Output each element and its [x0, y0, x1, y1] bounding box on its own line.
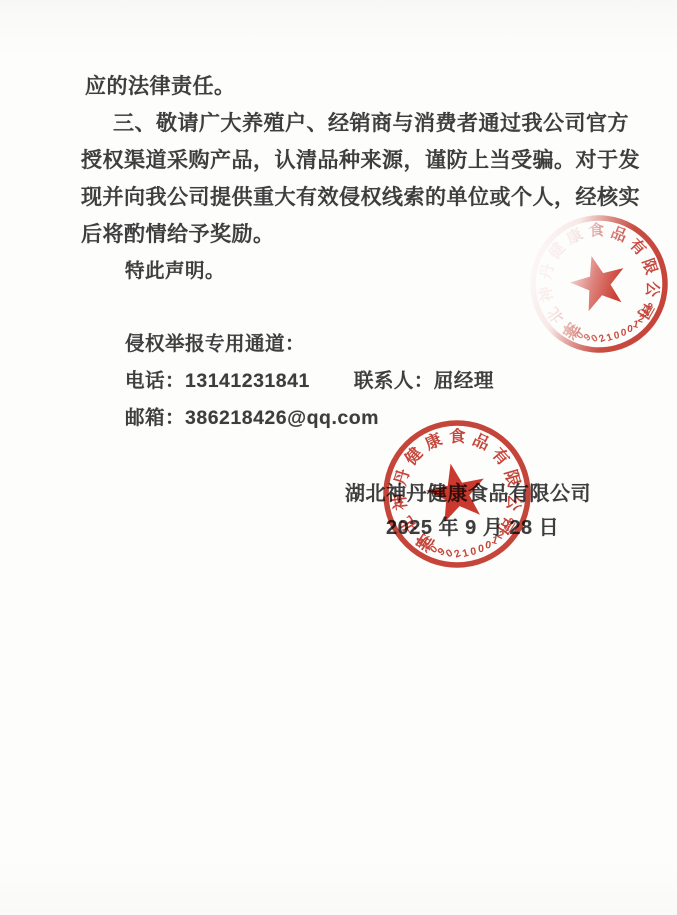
svg-text:有: 有	[626, 235, 651, 260]
svg-text:4: 4	[561, 324, 574, 334]
svg-text:0: 0	[484, 539, 491, 552]
svg-text:0: 0	[613, 330, 621, 342]
company-seal-stamp-top-right: 湖北神丹健康食品有限公司 42090210001298	[519, 204, 677, 364]
svg-text:有: 有	[488, 443, 514, 469]
svg-text:品: 品	[608, 223, 630, 246]
seal-arc-company-name: 湖北神丹健康食品有限公司	[522, 206, 674, 349]
svg-text:健: 健	[400, 443, 427, 470]
svg-text:公: 公	[643, 281, 662, 299]
svg-text:2: 2	[452, 547, 462, 560]
body-line-notice-2: 授权渠道采购产品，认清品种来源，谨防上当受骗。对于发	[81, 144, 640, 174]
svg-text:0: 0	[590, 332, 601, 344]
phone-contact-line: 电话：13141231841联系人：屈经理	[125, 365, 494, 393]
body-line-liability: 应的法律责任。	[85, 70, 236, 100]
body-line-notice-1: 三、敬请广大养殖户、经销商与消费者通过我公司官方	[113, 107, 629, 137]
statement-document-page: 应的法律责任。 三、敬请广大养殖户、经销商与消费者通过我公司官方 授权渠道采购产…	[0, 0, 677, 915]
phone-number: 13141231841	[185, 370, 310, 392]
svg-text:2: 2	[568, 327, 580, 338]
closing-statement: 特此声明。	[125, 255, 225, 283]
svg-text:9: 9	[582, 332, 594, 344]
svg-text:北: 北	[543, 303, 567, 326]
svg-text:9: 9	[436, 545, 448, 558]
signature-date: 2025 年 9 月 28 日	[386, 511, 559, 540]
svg-text:康: 康	[422, 428, 446, 453]
svg-text:0: 0	[470, 545, 478, 558]
svg-text:神: 神	[536, 284, 557, 303]
svg-text:0: 0	[444, 547, 455, 560]
svg-text:0: 0	[428, 543, 441, 556]
seal-arc-number: 42090210001298	[560, 300, 661, 355]
svg-text:健: 健	[544, 239, 569, 263]
svg-text:0: 0	[575, 330, 587, 342]
seal-star-icon	[565, 249, 632, 314]
svg-text:0: 0	[478, 543, 484, 555]
body-line-notice-3: 现并向我公司提供重大有效侵权线索的单位或个人，经核实	[81, 181, 640, 211]
email-label: 邮箱：	[125, 407, 185, 429]
svg-text:0: 0	[627, 324, 634, 335]
contact-label: 联系人：	[354, 370, 434, 392]
svg-text:1: 1	[605, 332, 614, 344]
svg-text:食: 食	[588, 220, 605, 240]
signature-company-name: 湖北神丹健康食品有限公司	[345, 477, 591, 506]
svg-text:食: 食	[449, 426, 466, 446]
svg-text:限: 限	[639, 256, 662, 277]
svg-text:0: 0	[620, 328, 627, 339]
report-channel-title: 侵权举报专用通道：	[125, 328, 305, 356]
svg-text:8: 8	[643, 301, 654, 313]
email-line: 邮箱：386218426@qq.com	[125, 402, 379, 430]
seal-ring	[519, 204, 677, 364]
svg-text:湖: 湖	[561, 318, 584, 342]
svg-text:康: 康	[563, 224, 586, 248]
email-address: 386218426@qq.com	[185, 407, 379, 429]
svg-text:9: 9	[640, 308, 650, 321]
svg-text:2: 2	[636, 314, 645, 326]
svg-text:司: 司	[634, 300, 658, 323]
svg-text:2: 2	[597, 333, 607, 346]
svg-text:1: 1	[632, 319, 640, 331]
svg-text:1: 1	[461, 547, 470, 560]
body-line-notice-4: 后将酌情给予奖励。	[81, 218, 275, 248]
svg-text:品: 品	[470, 430, 493, 454]
contact-name: 屈经理	[434, 370, 494, 392]
svg-text:2: 2	[420, 540, 433, 552]
svg-text:丹: 丹	[536, 261, 557, 281]
phone-label: 电话：	[125, 370, 185, 392]
